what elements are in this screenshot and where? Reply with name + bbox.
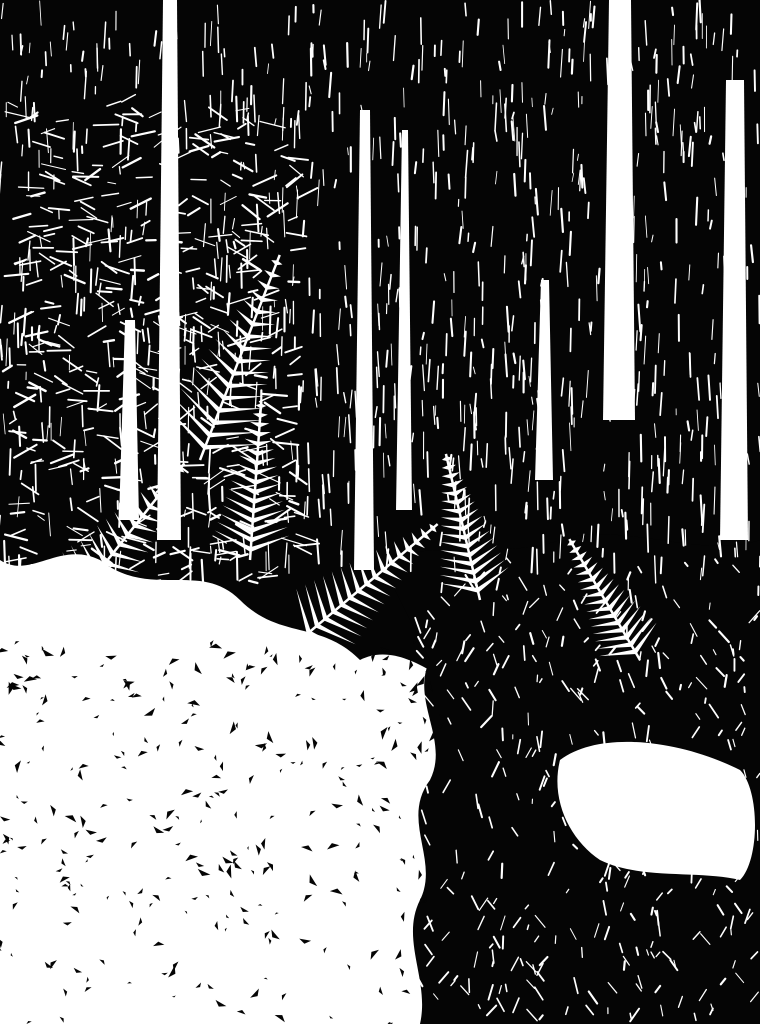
forest-artwork [0,0,760,1024]
linocut-forest-print [0,0,760,1024]
